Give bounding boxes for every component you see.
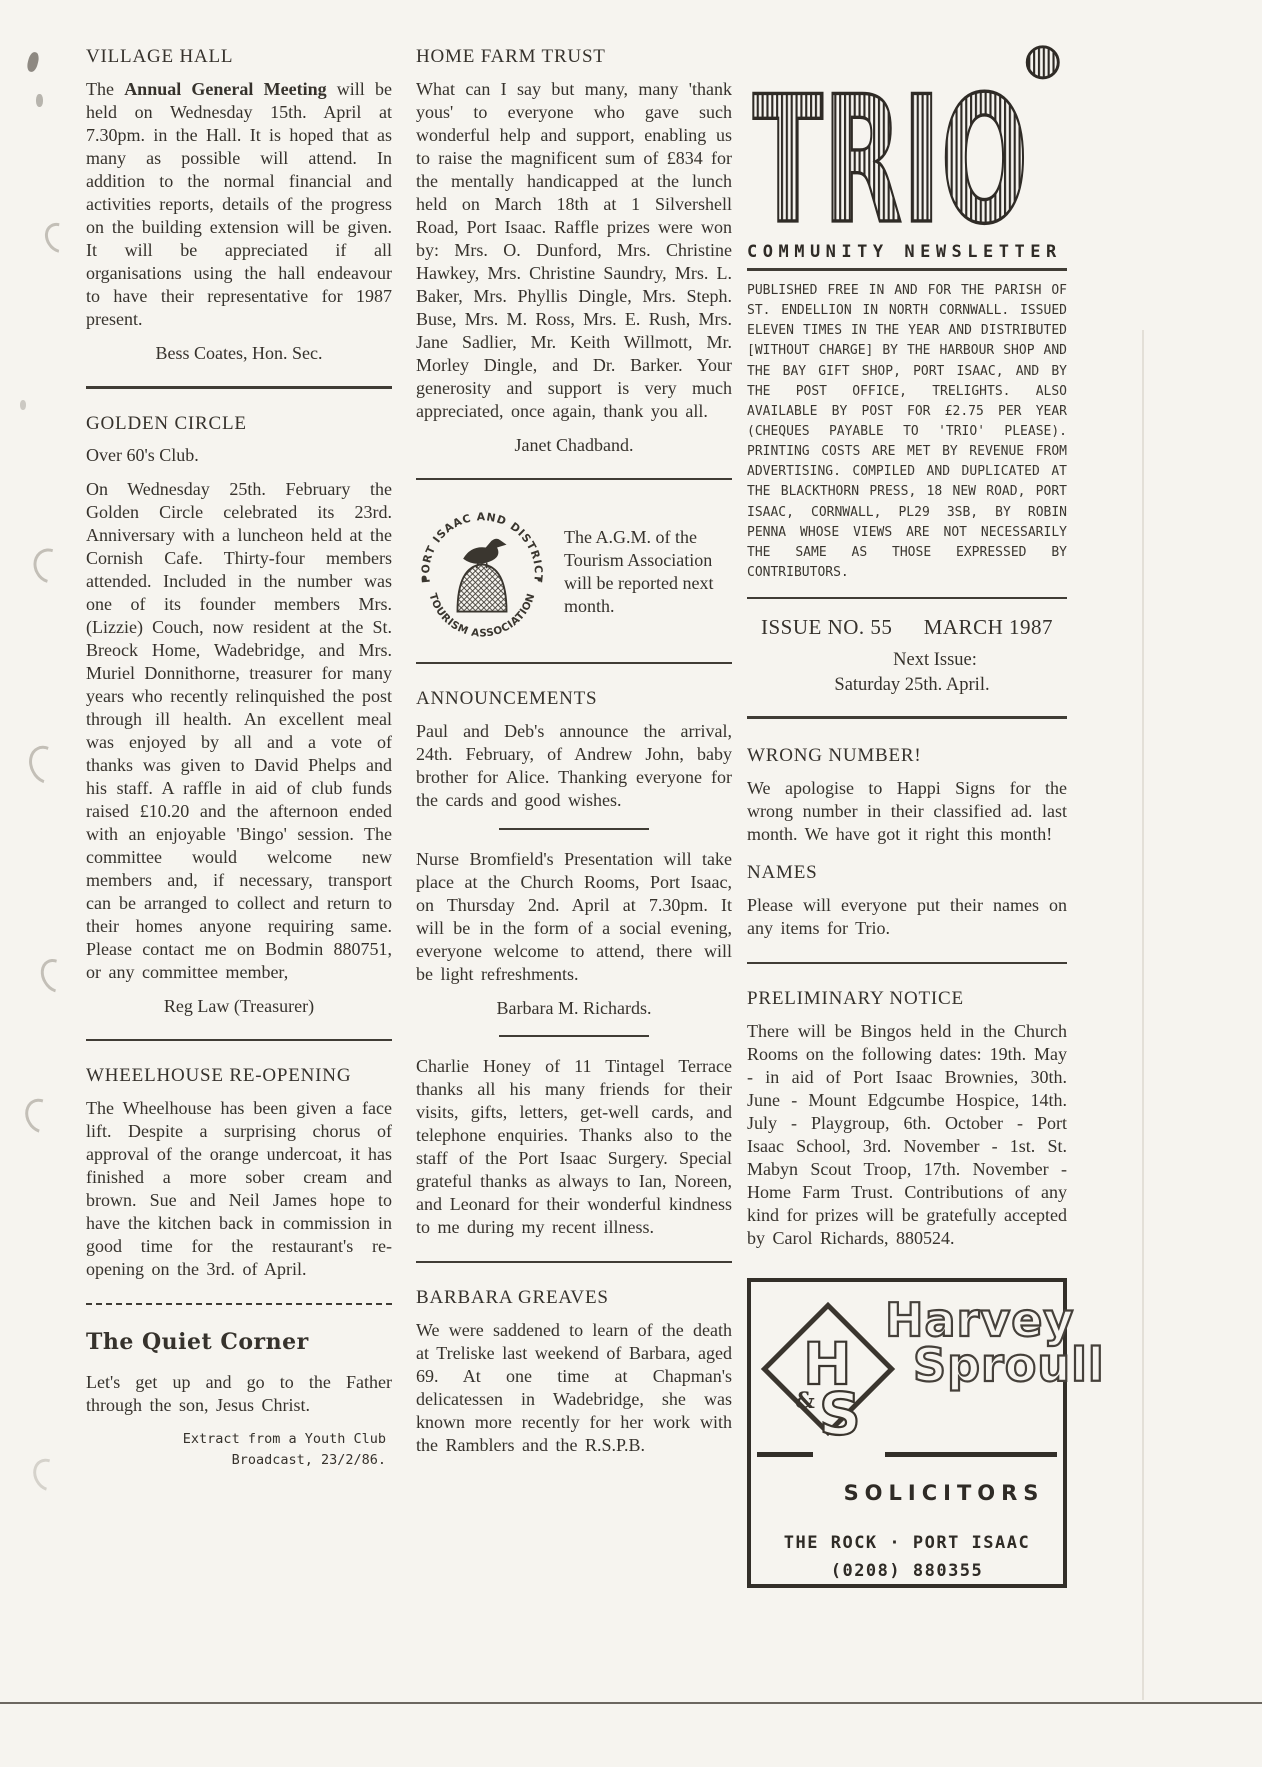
article-heading: WHEELHOUSE RE-OPENING — [86, 1065, 392, 1087]
badge-dot — [537, 577, 541, 581]
logo-dot — [1027, 47, 1058, 78]
middle-column: HOME FARM TRUST What can I say but many,… — [416, 46, 732, 1469]
article-names: NAMES Please will everyone put their nam… — [747, 862, 1067, 940]
ad-phone: (0208) 880355 — [751, 1561, 1063, 1581]
signature: Bess Coates, Hon. Sec. — [86, 343, 392, 364]
left-column: VILLAGE HALL The Annual General Meeting … — [86, 46, 392, 1471]
announcement-item: Charlie Honey of 11 Tintagel Terrace tha… — [416, 1055, 732, 1239]
scan-artifact — [19, 1093, 63, 1139]
article-heading: PRELIMINARY NOTICE — [747, 988, 1067, 1010]
article-heading: BARBARA GREAVES — [416, 1287, 732, 1309]
article-body: The Annual General Meeting will be held … — [86, 78, 392, 331]
scan-artifact — [36, 94, 43, 107]
body-lead: The — [86, 79, 124, 99]
badge-dot — [422, 577, 426, 581]
trio-logo-icon: TRIO — [747, 40, 1067, 236]
divider — [416, 1261, 732, 1263]
signature: Barbara M. Richards. — [416, 998, 732, 1019]
divider — [416, 662, 732, 664]
article-body: There will be Bingos held in the Church … — [747, 1020, 1067, 1250]
scan-artifact — [27, 542, 73, 589]
issue-line: ISSUE NO. 55 MARCH 1987 — [747, 615, 1067, 640]
monogram-ampersand: & — [795, 1388, 815, 1414]
tourism-note-text: The A.G.M. of the Tourism Association wi… — [564, 526, 732, 618]
scan-artifact — [26, 51, 41, 73]
issue-month: MARCH 1987 — [924, 615, 1053, 640]
firm-name-line: Harvey — [885, 1298, 1055, 1343]
ad-firm-name: Harvey Sproull — [885, 1298, 1055, 1388]
article-body: We apologise to Happi Signs for the wron… — [747, 777, 1067, 846]
article-heading: WRONG NUMBER! — [747, 745, 1067, 767]
announcement-item: Nurse Bromfield's Presentation will take… — [416, 848, 732, 986]
next-issue-date: Saturday 25th. April. — [747, 673, 1067, 698]
article-village-hall: VILLAGE HALL The Annual General Meeting … — [86, 46, 392, 364]
tourism-association-logo-icon: PORT ISAAC AND DISTRICT TOURISM ASSOCIAT… — [416, 504, 548, 640]
harvey-sproull-monogram-icon: H & S — [753, 1294, 903, 1466]
scan-edge-line — [1142, 330, 1144, 1700]
article-heading: HOME FARM TRUST — [416, 46, 732, 68]
article-announcements: ANNOUNCEMENTS Paul and Deb's announce th… — [416, 688, 732, 1239]
trio-logo-text: TRIO — [753, 59, 1028, 236]
signature: Janet Chadband. — [416, 435, 732, 456]
article-preliminary-notice: PRELIMINARY NOTICE There will be Bingos … — [747, 988, 1067, 1250]
article-golden-circle: GOLDEN CIRCLE Over 60's Club. On Wednesd… — [86, 413, 392, 1017]
divider — [747, 962, 1067, 964]
article-barbara-greaves: BARBARA GREAVES We were saddened to lear… — [416, 1287, 732, 1457]
scan-artifact — [35, 953, 78, 998]
next-issue-label: Next Issue: — [747, 648, 1067, 673]
article-heading: VILLAGE HALL — [86, 46, 392, 68]
attribution: Extract from a Youth Club Broadcast, 23/… — [86, 1429, 392, 1471]
scan-artifact — [39, 217, 79, 258]
article-body: We were saddened to learn of the death a… — [416, 1319, 732, 1457]
article-wrong-number: WRONG NUMBER! We apologise to Happi Sign… — [747, 745, 1067, 846]
divider — [747, 268, 1067, 271]
article-quiet-corner: The Quiet Corner Let's get up and go to … — [86, 1329, 392, 1471]
article-heading: NAMES — [747, 862, 1067, 884]
newsletter-page: VILLAGE HALL The Annual General Meeting … — [0, 0, 1262, 1767]
article-wheelhouse: WHEELHOUSE RE-OPENING The Wheelhouse has… — [86, 1065, 392, 1281]
scan-artifact — [20, 400, 26, 410]
article-heading: ANNOUNCEMENTS — [416, 688, 732, 710]
body-rest: will be held on Wednesday 15th. April at… — [86, 79, 392, 329]
divider — [86, 386, 392, 389]
tourism-association-note: PORT ISAAC AND DISTRICT TOURISM ASSOCIAT… — [416, 504, 732, 640]
article-body: The Wheelhouse has been given a face lif… — [86, 1097, 392, 1281]
article-body: Please will everyone put their names on … — [747, 894, 1067, 940]
page-bottom-rule — [0, 1702, 1262, 1704]
bird-icon — [463, 539, 506, 564]
ad-solicitors-label: SOLICITORS — [751, 1481, 1063, 1505]
masthead-tagline: COMMUNITY NEWSLETTER — [747, 242, 1067, 262]
scan-artifact — [22, 740, 69, 790]
article-body: Let's get up and go to the Father throug… — [86, 1371, 392, 1417]
article-heading: The Quiet Corner — [86, 1329, 392, 1355]
article-body: What can I say but many, many 'thank you… — [416, 78, 732, 423]
body-bold: Annual General Meeting — [124, 79, 326, 99]
signature: Reg Law (Treasurer) — [86, 996, 392, 1017]
harvey-sproull-ad: H & S Harvey Sproull SOLICITORS THE ROCK… — [747, 1278, 1067, 1588]
right-column: TRIO COMMUNITY NEWSLETTER PUBLISHED FREE… — [747, 40, 1067, 1588]
lobster-pot-icon — [457, 564, 506, 611]
firm-name-line: Sproull — [913, 1343, 1055, 1388]
divider — [416, 478, 732, 480]
article-body: On Wednesday 25th. February the Golden C… — [86, 478, 392, 984]
ad-address: THE ROCK · PORT ISAAC — [751, 1533, 1063, 1553]
article-subheading: Over 60's Club. — [86, 445, 392, 466]
monogram-s: S — [819, 1380, 861, 1448]
attribution-line: Broadcast, 23/2/86. — [86, 1450, 386, 1471]
divider — [86, 1303, 392, 1305]
announcement-item: Paul and Deb's announce the arrival, 24t… — [416, 720, 732, 812]
article-home-farm-trust: HOME FARM TRUST What can I say but many,… — [416, 46, 732, 456]
divider — [747, 716, 1067, 719]
divider-short — [499, 1035, 649, 1037]
divider — [747, 597, 1067, 599]
scan-artifact — [27, 1453, 68, 1496]
publication-info: PUBLISHED FREE IN AND FOR THE PARISH OF … — [747, 281, 1067, 583]
attribution-line: Extract from a Youth Club — [86, 1429, 386, 1450]
divider-short — [499, 828, 649, 830]
issue-number: ISSUE NO. 55 — [761, 615, 892, 640]
article-heading: GOLDEN CIRCLE — [86, 413, 392, 435]
divider — [86, 1039, 392, 1041]
